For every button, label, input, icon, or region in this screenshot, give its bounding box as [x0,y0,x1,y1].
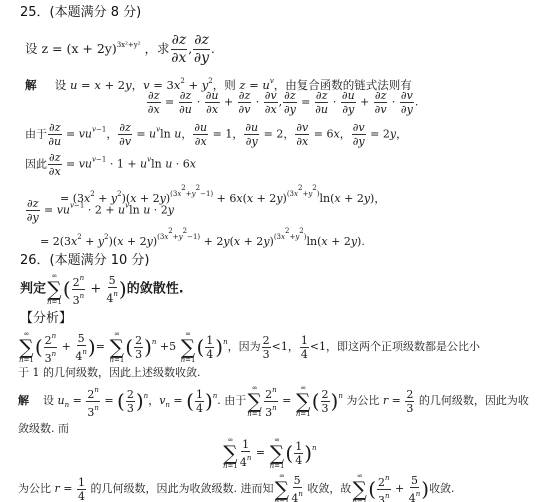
since-label: 由于 [25,128,47,141]
display-equation: ∞∑n=114n = ∞∑n=1(14)n [222,436,317,470]
statement-expr: 设 z = (x + 2y) [25,41,117,56]
problem-26-statement: 判定∞∑n=1(2n3n + 54n)的敛散性. [20,272,184,306]
frac-dzdx: ∂z∂x [171,33,188,66]
therefore-label: 因此 [25,158,47,171]
dzdy-step2: = 2(3x2 + y2)(x + 2y)(3x2+y2−1) + 2y(x +… [40,224,365,249]
judge-label: 判定 [20,282,46,297]
conclusion: 为公比 r = 14 的几何级数，因此为收敛级数. 进而知∞∑n=154n 收敛… [18,472,455,502]
analysis-label: 【分析】 [20,312,72,326]
statement-exponent: 3x²+y² [117,41,141,49]
problem-25-statement: 设 z = (x + 2y)3x²+y² ，求∂z∂x,∂z∂y. [25,33,215,66]
dzdy-step1: ∂z∂y = vuv−1 · 2 + uvln u · 2y [25,198,174,223]
convergence-text: 的敛散性. [127,282,184,297]
chain-rule-equation: ∂z∂x = ∂z∂u · ∂u∂x + ∂z∂v · ∂v∂x,∂z∂y = … [146,90,418,115]
statement-ask: ，求 [145,41,170,56]
solution-26-line-2: 敛级数. 而 [18,422,69,436]
analysis-line-2: 于 1 的几何级数，因此上述级数收敛. [18,366,201,380]
solution-26-line-1: 解 设 un = 2n3n = (23)n，vn = (14)n. 由于∞∑n=… [18,384,529,418]
frac-dzdy: ∂z∂y [193,33,210,66]
solution-label: 解 [18,394,29,407]
dzdx-step1: 因此∂z∂x = vuv−1 · 1 + uvln u · 6x [25,152,196,177]
partial-derivatives: 由于∂z∂u = vuv−1，∂z∂v = uvln u，∂u∂x = 1，∂u… [25,122,407,147]
problem-26-heading: 26．(本题满分 10 分) [20,254,150,268]
analysis-line-1: ∞∑n=1(2n3n + 54n)= ∞∑n=1(23)n +5 ∞∑n=1(1… [18,330,480,364]
problem-25-heading: 25．(本题满分 8 分) [20,6,141,20]
solution-label: 解 [25,78,37,92]
